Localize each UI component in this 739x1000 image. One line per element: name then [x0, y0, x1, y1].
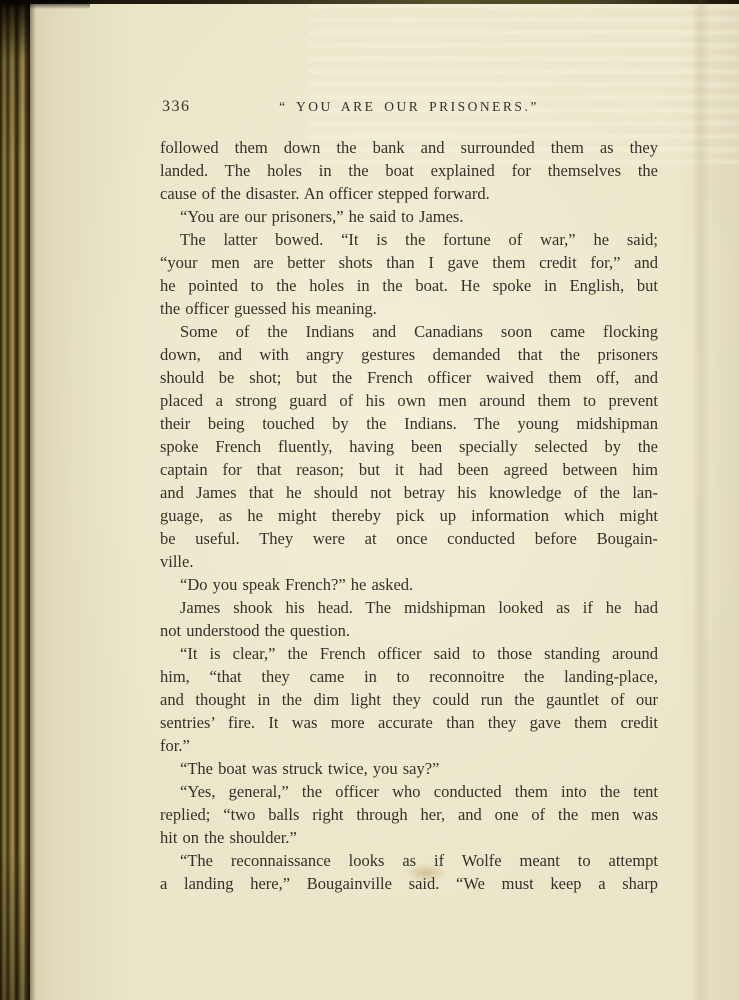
text-line: Some of the Indians and Canadians soon c… [160, 320, 658, 343]
text-line: cause of the disaster. An officer steppe… [160, 182, 658, 205]
paragraph: “Do you speak French?” he asked. [160, 573, 658, 596]
text-line: “your men are better shots than I gave t… [160, 251, 658, 274]
text-line: ville. [160, 550, 658, 573]
text-line: “Yes, general,” the officer who conducte… [160, 780, 658, 803]
text-line: not understood the question. [160, 619, 658, 642]
paragraph: James shook his head. The midshipman loo… [160, 596, 658, 642]
text-line: be useful. They were at once conducted b… [160, 527, 658, 550]
book-page: 336 “ YOU ARE OUR PRISONERS.” followed t… [160, 97, 658, 895]
paragraph: The latter bowed. “It is the fortune of … [160, 228, 658, 320]
running-header: “ YOU ARE OUR PRISONERS.” [160, 97, 658, 115]
paragraph: “It is clear,” the French officer said t… [160, 642, 658, 757]
page-text: followed them down the bank and surround… [160, 136, 658, 895]
text-line: replied; “two balls right through her, a… [160, 803, 658, 826]
text-line: James shook his head. The midshipman loo… [160, 596, 658, 619]
text-line: captain for that reason; but it had been… [160, 458, 658, 481]
book-page-photo: 336 “ YOU ARE OUR PRISONERS.” followed t… [0, 0, 739, 1000]
page-stain [405, 864, 447, 882]
page-header: 336 “ YOU ARE OUR PRISONERS.” [160, 97, 658, 117]
text-line: sentries’ fire. It was more accurate tha… [160, 711, 658, 734]
book-binding-edge [0, 0, 30, 1000]
page-top-edge [0, 0, 739, 4]
text-line: him, “that they came in to reconnoitre t… [160, 665, 658, 688]
text-line: landed. The holes in the boat explained … [160, 159, 658, 182]
paragraph: Some of the Indians and Canadians soon c… [160, 320, 658, 573]
text-line: their being touched by the Indians. The … [160, 412, 658, 435]
text-line: “The boat was struck twice, you say?” [160, 757, 658, 780]
paragraph: “Yes, general,” the officer who conducte… [160, 780, 658, 849]
text-line: “You are our prisoners,” he said to Jame… [160, 205, 658, 228]
paragraph: followed them down the bank and surround… [160, 136, 658, 205]
text-line: he pointed to the holes in the boat. He … [160, 274, 658, 297]
text-line: for.” [160, 734, 658, 757]
text-line: the officer guessed his meaning. [160, 297, 658, 320]
text-line: hit on the shoulder.” [160, 826, 658, 849]
text-line: The latter bowed. “It is the fortune of … [160, 228, 658, 251]
text-line: down, and with angry gestures demanded t… [160, 343, 658, 366]
text-line: and thought in the dim light they could … [160, 688, 658, 711]
text-line: followed them down the bank and surround… [160, 136, 658, 159]
page-crease [692, 0, 710, 1000]
paragraph: “The boat was struck twice, you say?” [160, 757, 658, 780]
text-line: should be shot; but the French officer w… [160, 366, 658, 389]
page-number: 336 [162, 98, 191, 116]
text-line: “Do you speak French?” he asked. [160, 573, 658, 596]
text-line: “It is clear,” the French officer said t… [160, 642, 658, 665]
text-line: placed a strong guard of his own men aro… [160, 389, 658, 412]
text-line: guage, as he might thereby pick up infor… [160, 504, 658, 527]
text-line: spoke French fluently, having been speci… [160, 435, 658, 458]
paragraph: “You are our prisoners,” he said to Jame… [160, 205, 658, 228]
text-line: and James that he should not betray his … [160, 481, 658, 504]
